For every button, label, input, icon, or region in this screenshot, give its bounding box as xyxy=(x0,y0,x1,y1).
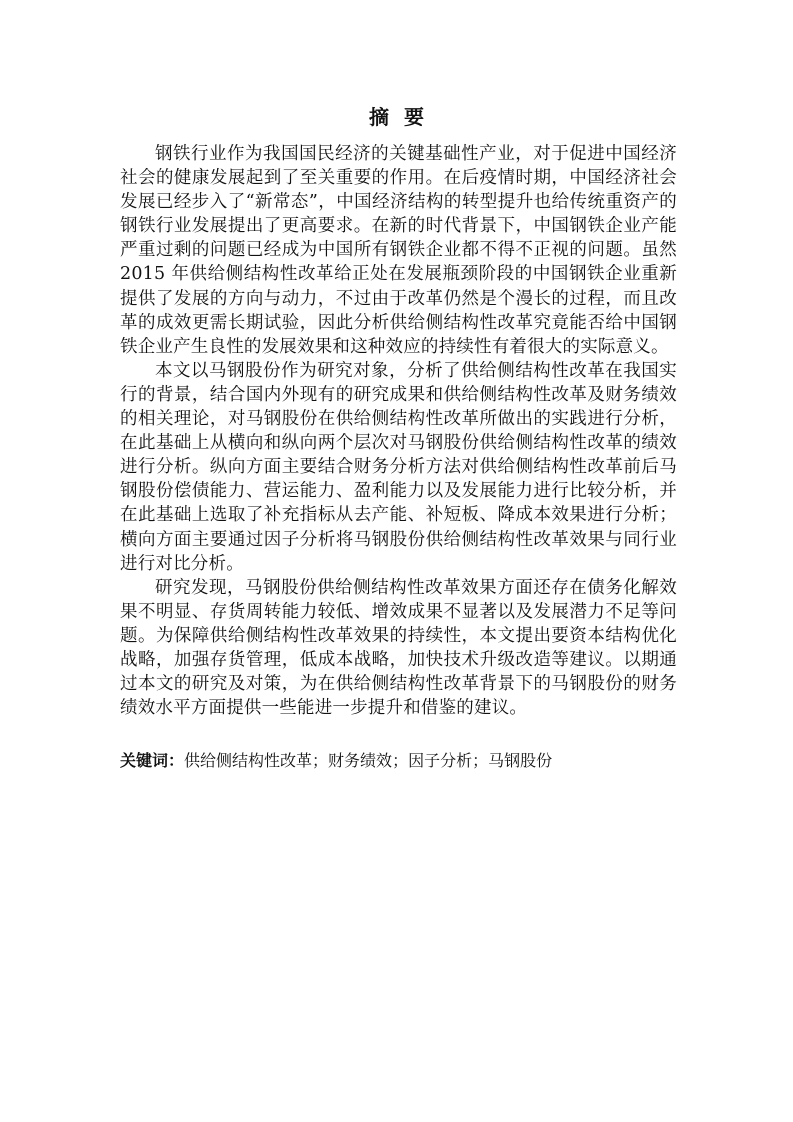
keyword-1: 供给侧结构性改革 xyxy=(184,751,312,770)
abstract-paragraph-2: 本文以马钢股份作为研究对象，分析了供给侧结构性改革在我国实行的背景，结合国内外现… xyxy=(120,359,677,576)
keyword-separator: ； xyxy=(392,751,408,770)
keyword-separator: ； xyxy=(472,751,488,770)
keywords-line: 关键词：供给侧结构性改革；财务绩效；因子分析；马钢股份 xyxy=(120,750,677,772)
abstract-title: 摘 要 xyxy=(120,104,677,130)
keywords-label: 关键词： xyxy=(120,751,184,770)
keyword-2: 财务绩效 xyxy=(328,751,392,770)
keyword-3: 因子分析 xyxy=(408,751,472,770)
keyword-separator: ； xyxy=(312,751,328,770)
keyword-4: 马钢股份 xyxy=(488,751,552,770)
abstract-paragraph-3: 研究发现，马钢股份供给侧结构性改革效果方面还存在债务化解效果不明显、存货周转能力… xyxy=(120,576,677,721)
abstract-body: 钢铁行业作为我国国民经济的关键基础性产业，对于促进中国经济社会的健康发展起到了至… xyxy=(120,142,677,720)
abstract-paragraph-1: 钢铁行业作为我国国民经济的关键基础性产业，对于促进中国经济社会的健康发展起到了至… xyxy=(120,142,677,359)
